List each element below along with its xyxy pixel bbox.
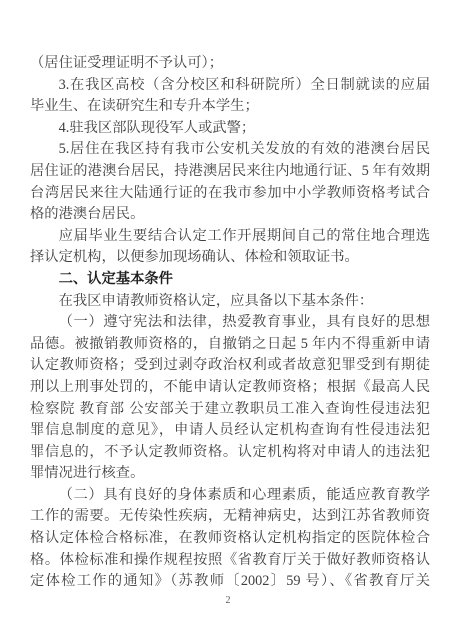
text-line: 罪情况进行核查。 — [30, 463, 430, 485]
text-line: 检察院 教育部 公安部关于建立教职员工准入查询性侵违法犯 — [30, 399, 430, 421]
text-line: 格。体检标准和操作规程按照《省教育厅关于做好教师资格认 — [30, 550, 430, 572]
text-line: 罪信息制度的意见》，申请人员经认定机构查询有性侵违法犯 — [30, 420, 430, 442]
text-line: 台湾居民来往大陆通行证的在我市参加中小学教师资格考试合 — [30, 183, 430, 205]
text-line: 3.在我区高校（含分校区和科研院所）全日制就读的应届 — [30, 75, 430, 97]
text-line: 认定教师资格；受到过剥夺政治权利或者故意犯罪受到有期徒 — [30, 355, 430, 377]
page-number: 2 — [0, 595, 456, 607]
text-line: 品德。被撤销教师资格的，自撤销之日起 5 年内不得重新申请 — [30, 334, 430, 356]
document-page: （居住证受理证明不予认可）； 3.在我区高校（含分校区和科研院所）全日制就读的应… — [30, 53, 430, 593]
text-line: 罪信息的，不予认定教师资格。认定机构将对申请人的违法犯 — [30, 442, 430, 464]
text-line: 择认定机构，以便参加现场确认、体检和领取证书。 — [30, 247, 430, 269]
text-line: 毕业生、在读研究生和专升本学生； — [30, 96, 430, 118]
text-line: （一）遵守宪法和法律，热爱教育事业，具有良好的思想 — [30, 312, 430, 334]
text-line: （居住证受理证明不予认可）； — [30, 53, 430, 75]
text-line: 格认定体检合格标准，在教师资格认定机构指定的医院体检合 — [30, 528, 430, 550]
text-line: 格的港澳台居民。 — [30, 204, 430, 226]
text-line: 在我区申请教师资格认定，应具备以下基本条件： — [30, 291, 430, 313]
text-line: 定体检工作的通知》（苏教师〔2002〕59 号）、《省教育厅关 — [30, 571, 430, 593]
text-line: 5.居住在我区持有我市公安机关发放的有效的港澳台居民 — [30, 139, 430, 161]
section-heading: 二、认定基本条件 — [30, 269, 430, 291]
text-line: 应届毕业生要结合认定工作开展期间自己的常住地合理选 — [30, 226, 430, 248]
text-line: （二）具有良好的身体素质和心理素质，能适应教育教学 — [30, 485, 430, 507]
text-line: 工作的需要。无传染性疾病，无精神病史，达到江苏省教师资 — [30, 506, 430, 528]
text-line: 4.驻我区部队现役军人或武警； — [30, 118, 430, 140]
text-line: 居住证的港澳台居民，持港澳居民来往内地通行证、5 年有效期 — [30, 161, 430, 183]
text-line: 刑以上刑事处罚的，不能申请认定教师资格；根据《最高人民 — [30, 377, 430, 399]
